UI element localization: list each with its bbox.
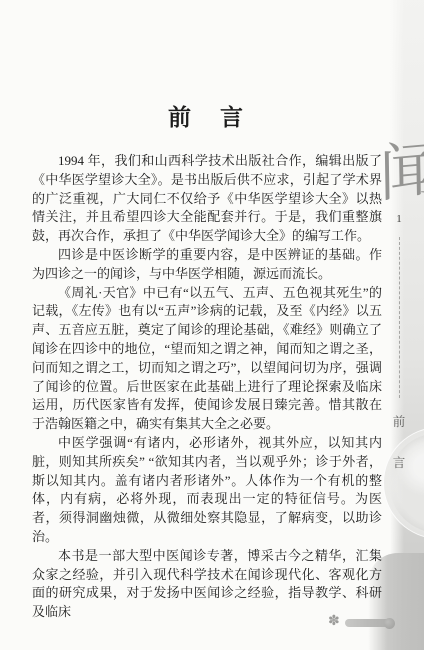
paragraph: 《周礼·天官》中已有“以五气、五声、五色视其死生”的记载，《左传》也有以“五声”… [32, 284, 382, 434]
page-title: 前 言 [32, 99, 382, 132]
vertical-section-label: 前 言 [391, 412, 407, 471]
vertical-dashed-divider [399, 237, 400, 398]
scanned-book-page: 前 言 1994 年，我们和山西科学技术出版社合作，编辑出版了《中华医学望诊大全… [0, 0, 424, 650]
section-label-char: 言 [393, 453, 406, 471]
paragraph: 中医学强调“有诸内，必形诸外，视其外应，以知其内脏，则知其所疾矣” “欲知其内者… [32, 434, 382, 547]
paragraph: 1994 年，我们和山西科学技术出版社合作，编辑出版了《中华医学望诊大全》。是书… [32, 152, 382, 246]
paragraph: 四诊是中医诊断学的重要内容，是中医辨证的基础。作为四诊之一的闻诊，与中华医学相随… [32, 246, 382, 284]
paragraph: 本书是一部大型中医闻诊专著，博采古今之精华，汇集众家之经验，并引入现代科学技术在… [32, 547, 382, 622]
section-label-char: 前 [393, 412, 406, 430]
page-number: 1 [391, 213, 407, 225]
chapter-calligraphy-character: 闻 [379, 139, 424, 207]
preface-body-text: 1994 年，我们和山西科学技术出版社合作，编辑出版了《中华医学望诊大全》。是书… [32, 152, 382, 622]
